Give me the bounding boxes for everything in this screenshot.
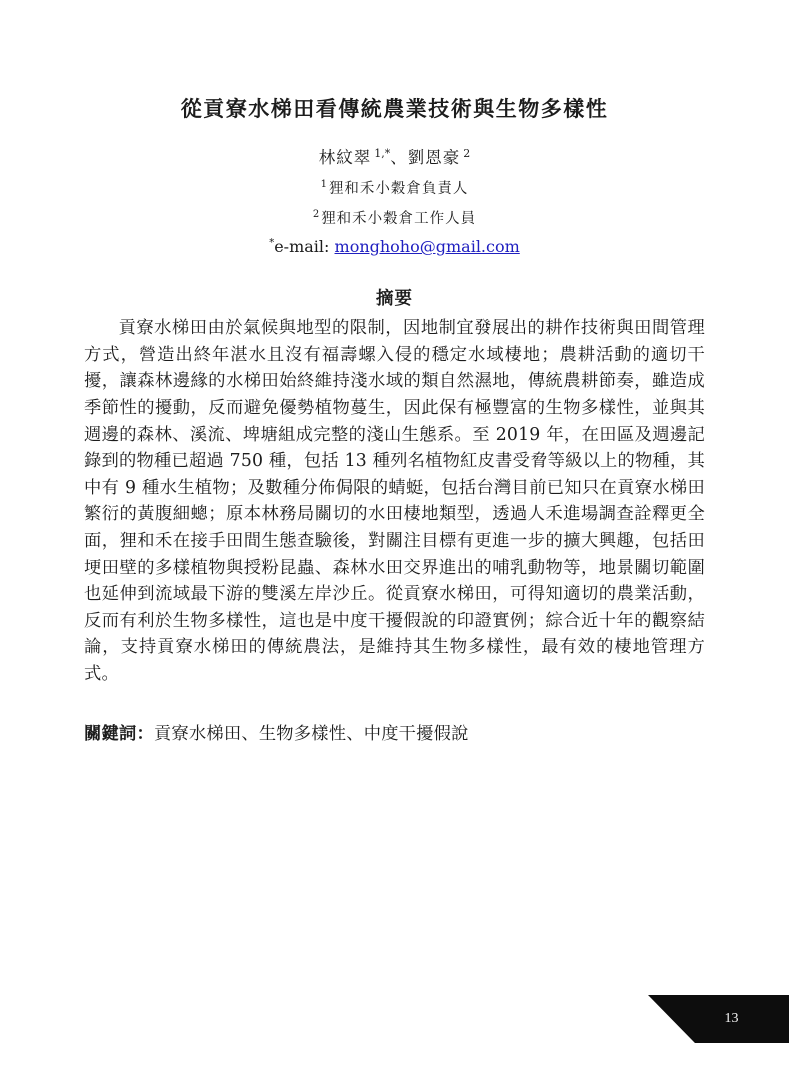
affiliation-2: 2狸和禾小穀倉工作人員 bbox=[84, 207, 705, 228]
affiliation-1: 1狸和禾小穀倉負責人 bbox=[84, 177, 705, 198]
affiliation-1-superscript: 1 bbox=[321, 179, 327, 190]
email-separator: : bbox=[324, 237, 334, 256]
affiliation-1-text: 狸和禾小穀倉負責人 bbox=[329, 181, 469, 197]
author-superscript-2: 2 bbox=[463, 147, 470, 160]
author-separator: 、 bbox=[390, 148, 408, 167]
keywords-text: 貢寮水梯田、生物多樣性、中度干擾假說 bbox=[154, 724, 469, 744]
keywords-line: 關鍵詞：貢寮水梯田、生物多樣性、中度干擾假說 bbox=[84, 719, 705, 744]
page-number-banner: 13 bbox=[648, 995, 789, 1043]
keywords-label: 關鍵詞 bbox=[84, 724, 136, 744]
email-line: *e-mail: monghoho@gmail.com bbox=[84, 237, 705, 256]
email-link[interactable]: monghoho@gmail.com bbox=[335, 237, 520, 256]
email-label: e-mail bbox=[274, 237, 324, 256]
document-page: 從貢寮水梯田看傳統農業技術與生物多樣性 林紋翠1,*、劉恩豪2 1狸和禾小穀倉負… bbox=[0, 0, 789, 1080]
page-number: 13 bbox=[699, 1011, 739, 1027]
page-content: 從貢寮水梯田看傳統農業技術與生物多樣性 林紋翠1,*、劉恩豪2 1狸和禾小穀倉負… bbox=[0, 0, 789, 744]
affiliation-2-text: 狸和禾小穀倉工作人員 bbox=[321, 211, 476, 227]
affiliation-2-superscript: 2 bbox=[313, 209, 319, 220]
authors-line: 林紋翠1,*、劉恩豪2 bbox=[84, 144, 705, 168]
author-name-2: 劉恩豪 bbox=[408, 148, 461, 167]
abstract-heading: 摘要 bbox=[84, 285, 705, 310]
author-superscript-1: 1,* bbox=[374, 147, 390, 160]
abstract-body: 貢寮水梯田由於氣候與地型的限制，因地制宜發展出的耕作技術與田間管理方式，營造出終… bbox=[84, 315, 705, 687]
author-name-1: 林紋翠 bbox=[319, 148, 372, 167]
paper-title: 從貢寮水梯田看傳統農業技術與生物多樣性 bbox=[84, 96, 705, 121]
keywords-separator: ： bbox=[136, 724, 153, 744]
